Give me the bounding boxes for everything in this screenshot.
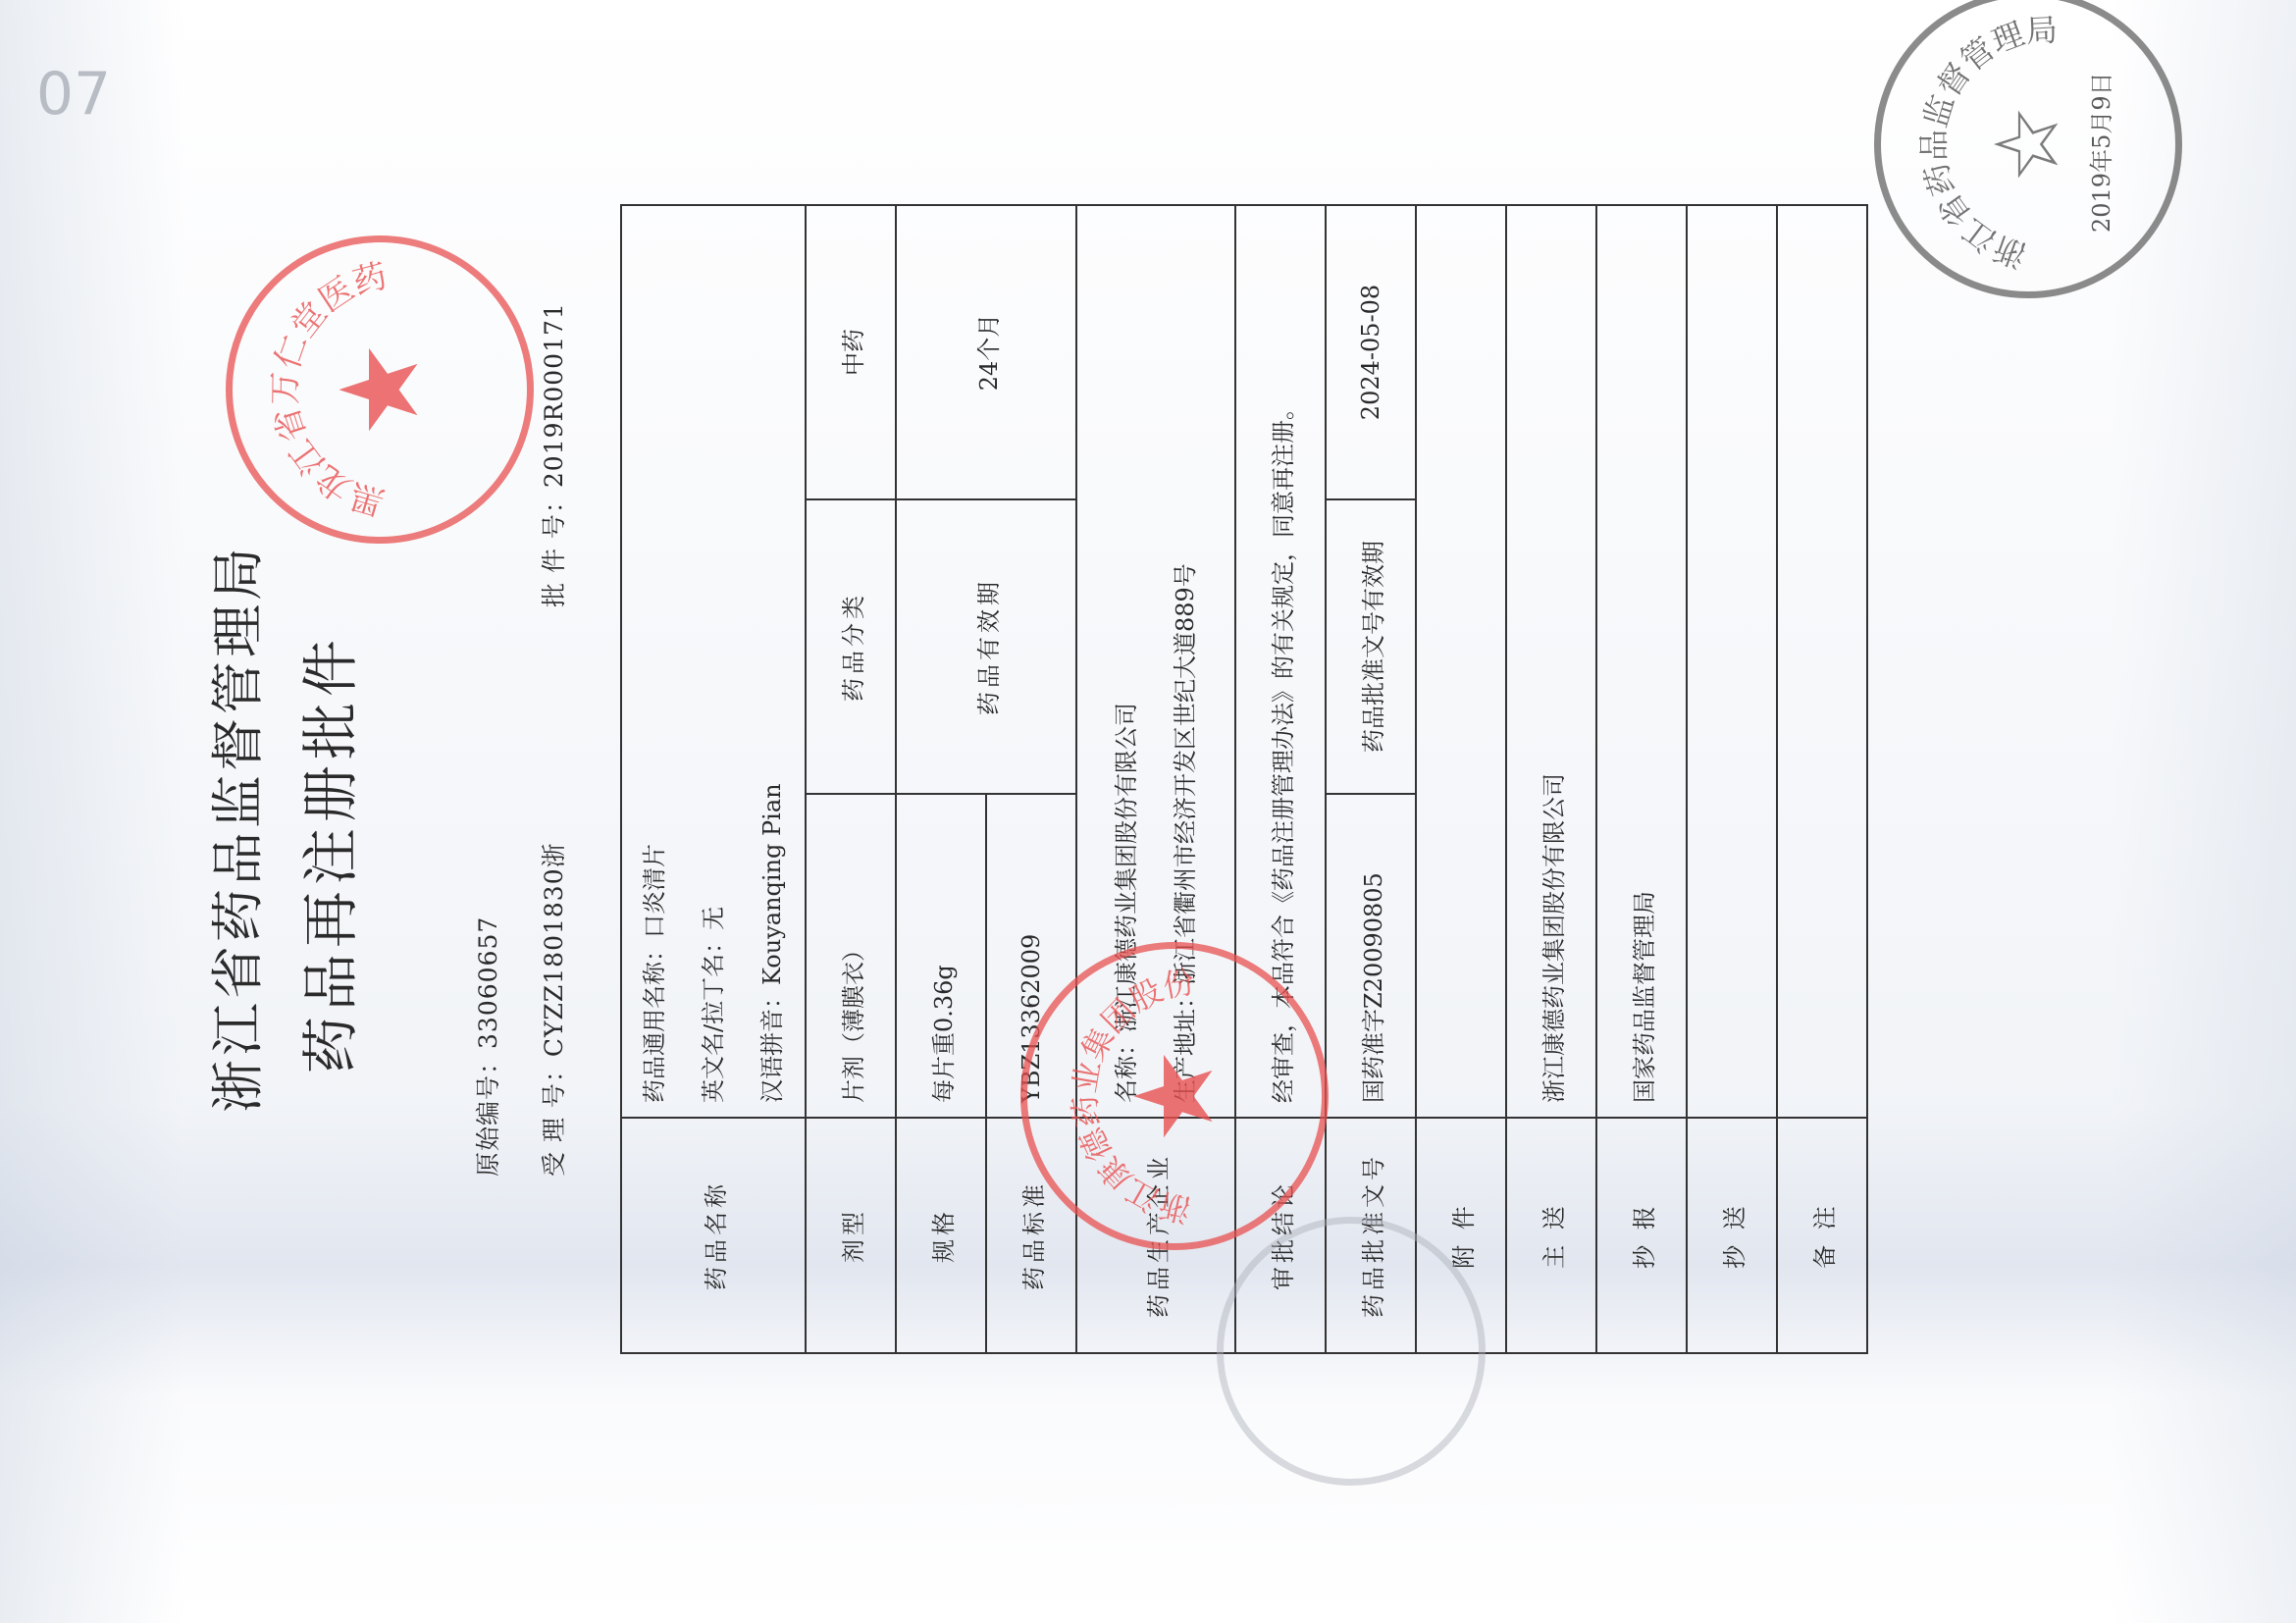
row-remarks: 备 注 [1777, 205, 1867, 1353]
generic-name-value: 口炎清片 [641, 844, 668, 938]
company-seal: ★ 浙江康德药业集团股份有限公司 [1020, 942, 1329, 1250]
pinyin-label: 汉语拼音： [758, 985, 786, 1103]
generic-name-label: 药品通用名称： [641, 938, 668, 1103]
drug-category-label: 药品分类 [806, 499, 896, 794]
dosage-form-label: 剂型 [806, 1118, 896, 1353]
manufacturer-address-value: 浙江省衢州市经济开发区世纪大道889号 [1172, 563, 1199, 985]
cc-report-label: 抄 报 [1596, 1118, 1687, 1353]
row-drug-name: 药品名称 药品通用名称：口炎清片 英文名/拉丁名：无 汉语拼音：Kouyanqi… [621, 205, 806, 1353]
approval-number-validity-label: 药品批准文号有效期 [1326, 499, 1416, 794]
specification-value: 每片重0.36g [896, 794, 986, 1118]
remarks-value [1777, 205, 1867, 1118]
handwritten-page-mark: 07 [36, 60, 111, 129]
approval-doc-number-line: 批 件 号：2019R000171 [535, 302, 570, 607]
specification-label: 规格 [896, 1118, 986, 1353]
row-cc-report: 抄 报 国家药品监督管理局 [1596, 205, 1687, 1353]
validity-label: 药品有效期 [896, 499, 1076, 794]
row-approval-number: 药品批准文号 国药准字Z20090805 药品批准文号有效期 2024-05-0… [1326, 205, 1416, 1353]
original-number-label: 原始编号： [474, 1049, 502, 1177]
main-recipient-value: 浙江康德药业集团股份有限公司 [1506, 205, 1596, 1118]
receipt-seal-text: 黑龙江省万仁堂医药有限公司 [233, 242, 527, 537]
acceptance-number-label: 受 理 号： [540, 1057, 568, 1177]
row-dosage-form: 剂型 片剂（薄膜衣） 药品分类 中药 [806, 205, 896, 1353]
drug-name-label: 药品名称 [621, 1118, 806, 1353]
original-number-line: 原始编号：33060657 [469, 916, 504, 1177]
validity-value: 24个月 [896, 205, 1076, 499]
english-name-value: 无 [700, 907, 727, 930]
company-seal-text: 浙江康德药业集团股份有限公司 [1027, 949, 1322, 1243]
issuer-heading: 浙江省药品监督管理局 [196, 544, 272, 1113]
attachment-value [1416, 205, 1506, 1118]
approval-number-value: 国药准字Z20090805 [1326, 794, 1416, 1118]
approval-doc-number-label: 批 件 号： [540, 488, 568, 607]
svg-text:黑龙江省万仁堂医药有限公司: 黑龙江省万仁堂医药有限公司 [233, 256, 391, 537]
faint-seal [1217, 1217, 1486, 1486]
original-number-value: 33060657 [474, 916, 502, 1049]
remarks-label: 备 注 [1777, 1118, 1867, 1353]
acceptance-number-value: CYZZ1801830浙 [540, 842, 568, 1057]
row-attachment: 附 件 [1416, 205, 1506, 1353]
main-recipient-label: 主 送 [1506, 1118, 1596, 1353]
row-main-recipient: 主 送 浙江康德药业集团股份有限公司 [1506, 205, 1596, 1353]
dosage-form-value: 片剂（薄膜衣） [806, 794, 896, 1118]
row-specification: 规格 每片重0.36g 药品有效期 24个月 [896, 205, 986, 1353]
row-cc-send: 抄 送 [1687, 205, 1777, 1353]
issuer-seal-text: 浙江省药品监督管理局 [1881, 0, 2175, 291]
pinyin-value: Kouyanqing Pian [758, 783, 786, 985]
receipt-seal: ★ 黑龙江省万仁堂医药有限公司 [226, 236, 534, 544]
drug-name-values: 药品通用名称：口炎清片 英文名/拉丁名：无 汉语拼音：Kouyanqing Pi… [621, 205, 806, 1118]
approval-document: 07 浙江省药品监督管理局 药品再注册批件 原始编号：33060657 受 理 … [0, 0, 2296, 1623]
svg-text:浙江康德药业集团股份有限公司: 浙江康德药业集团股份有限公司 [1027, 963, 1197, 1243]
issuer-seal-date: 2019年5月9日 [2082, 72, 2116, 233]
approval-doc-number-value: 2019R000171 [540, 302, 568, 488]
svg-text:浙江省药品监督管理局: 浙江省药品监督管理局 [1915, 11, 2059, 274]
cc-report-value: 国家药品监督管理局 [1596, 205, 1687, 1118]
cc-send-value [1687, 205, 1777, 1118]
acceptance-number-line: 受 理 号：CYZZ1801830浙 [535, 842, 570, 1177]
drug-category-value: 中药 [806, 205, 896, 499]
document-title: 药品再注册批件 [285, 634, 367, 1073]
english-name-label: 英文名/拉丁名： [700, 930, 727, 1103]
issuer-seal: ☆ 浙江省药品监督管理局 2019年5月9日 [1874, 0, 2182, 298]
cc-send-label: 抄 送 [1687, 1118, 1777, 1353]
approval-number-validity-value: 2024-05-08 [1326, 205, 1416, 499]
